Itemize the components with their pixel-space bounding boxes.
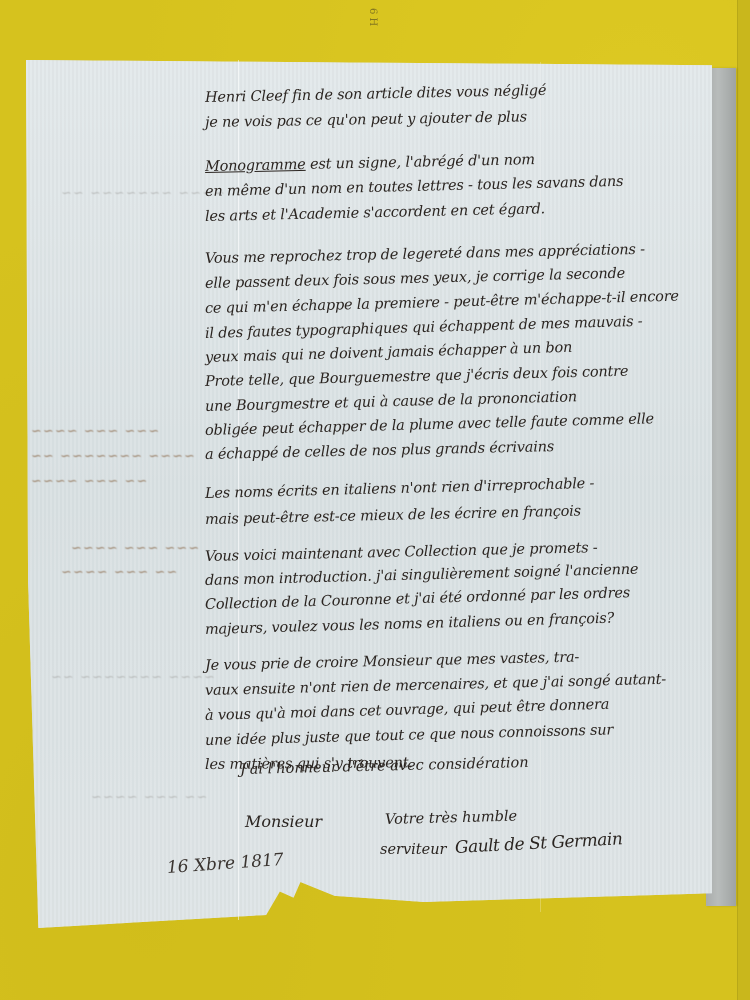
salutation: Monsieur (245, 812, 322, 831)
bleed-through-text: ~~~ ~~~ ~~~~ (30, 424, 159, 439)
date-year: 1817 (240, 850, 285, 873)
pencil-annotation: 6 H (367, 8, 378, 30)
bleed-through-text: ~~ ~~~ ~~~~ (90, 790, 207, 805)
date-day: 16 (166, 857, 189, 878)
bleed-through-text: ~~~~ ~~~~~~~ ~~ (30, 449, 195, 464)
valediction-serviteur: serviteur (380, 842, 446, 858)
date-month: Xbre (193, 853, 235, 876)
bleed-through-text: ~~~~ ~~~~~~~ ~~ (60, 186, 225, 201)
underlined-word: Monogramme (205, 157, 306, 175)
bleed-through-text: ~~ ~~~ ~~~~ (30, 474, 147, 489)
background-edge (737, 0, 750, 1000)
bleed-through-text: ~~~~ ~~~~~~~ ~~ (50, 670, 215, 685)
bleed-through-text: ~~~ ~~~ ~~~~ (70, 541, 199, 556)
bleed-through-text: ~~ ~~~ ~~~~ (60, 565, 177, 580)
